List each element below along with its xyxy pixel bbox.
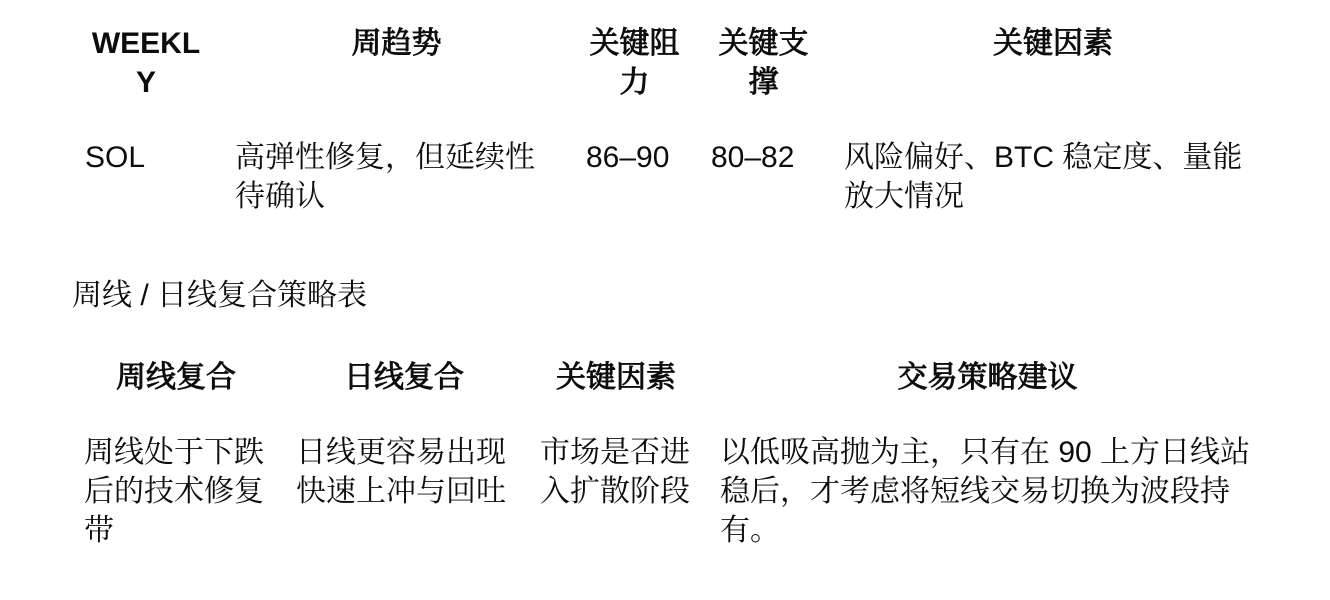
header-cell-key-support: 关键支撑 [697,6,830,120]
cell-weekly-composite: 周线处于下跌后的技术修复带 [70,415,282,568]
header-cell-key-resistance: 关键阻力 [572,6,697,120]
cell-support: 80–82 [697,120,830,234]
strategy-table-header-row: 周线复合 日线复合 关键因素 交易策略建议 [70,340,1269,415]
table-row-strategy: 周线处于下跌后的技术修复带 日线更容易出现快速上冲与回吐 市场是否进入扩散阶段 … [70,415,1269,568]
cell-trade-advice: 以低吸高抛为主，只有在 90 上方日线站稳后，才考虑将短线交易切换为波段持有。 [706,415,1269,568]
section-title: 周线 / 日线复合策略表 [72,276,1330,315]
header-cell-trade-advice: 交易策略建议 [706,340,1269,415]
document-page: WEEKLY 周趋势 关键阻力 关键支撑 关键因素 SOL 高弹性修复，但延续性… [0,0,1330,600]
header-cell-daily-composite: 日线复合 [282,340,526,415]
strategy-table: 周线复合 日线复合 关键因素 交易策略建议 周线处于下跌后的技术修复带 日线更容… [70,340,1269,568]
cell-resistance: 86–90 [572,120,697,234]
header-cell-weekly: WEEKLY [71,6,221,120]
header-cell-key-factor: 关键因素 [526,340,706,415]
cell-asset: SOL [71,120,221,234]
cell-trend: 高弹性修复，但延续性待确认 [221,120,572,234]
header-cell-key-factors: 关键因素 [830,6,1276,120]
cell-daily-composite: 日线更容易出现快速上冲与回吐 [282,415,526,568]
header-cell-week-trend: 周趋势 [221,6,572,120]
cell-factors: 风险偏好、BTC 稳定度、量能放大情况 [830,120,1276,234]
cell-key-factor: 市场是否进入扩散阶段 [526,415,706,568]
weekly-table-header-row: WEEKLY 周趋势 关键阻力 关键支撑 关键因素 [71,6,1276,120]
weekly-analysis-table: WEEKLY 周趋势 关键阻力 关键支撑 关键因素 SOL 高弹性修复，但延续性… [71,6,1276,234]
header-cell-weekly-composite: 周线复合 [70,340,282,415]
table-row-sol: SOL 高弹性修复，但延续性待确认 86–90 80–82 风险偏好、BTC 稳… [71,120,1276,234]
